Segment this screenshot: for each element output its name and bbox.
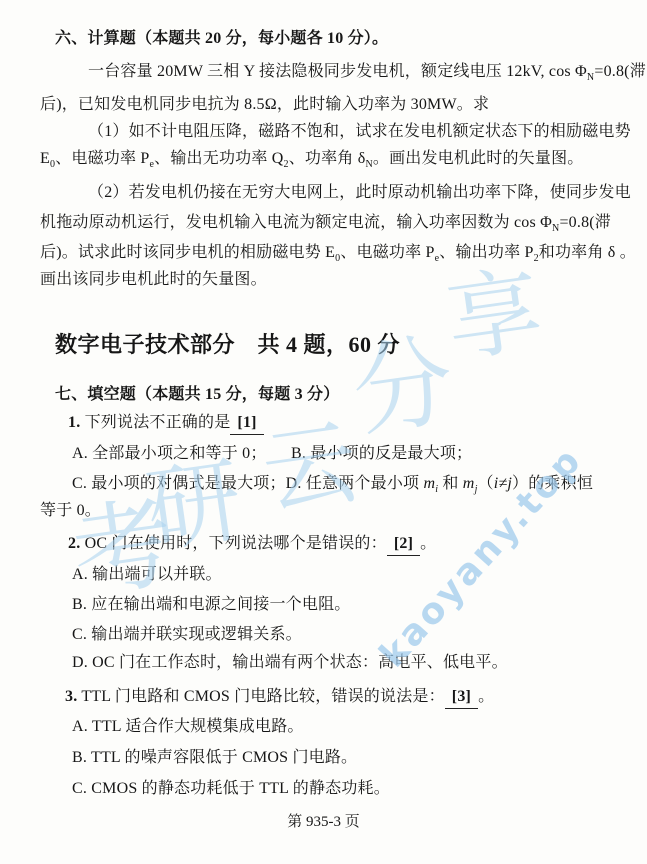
question-1-option-d-cont: 等于 0。 bbox=[40, 500, 101, 522]
question-2-option-d: D. OC 门在工作态时，输出端有两个状态：高电平、低电平。 bbox=[72, 652, 508, 674]
question-3-option-c: C. CMOS 的静态功耗低于 TTL 的静态功耗。 bbox=[72, 778, 390, 800]
calc-intro-line2: 后)，已知发电机同步电抗为 8.5Ω，此时输入功率为 30MW。求 bbox=[40, 94, 489, 116]
question-1-option-cd: C. 最小项的对偶式是最大项；D. 任意两个最小项 mi 和 mj（i≠j）的乘… bbox=[72, 473, 593, 495]
calc-section-header: 六、计算题（本题共 20 分，每小题各 10 分）。 bbox=[55, 28, 388, 50]
question-3-option-b: B. TTL 的噪声容限低于 CMOS 门电路。 bbox=[72, 747, 357, 769]
calc-part2-line4: 画出该同步电机此时的矢量图。 bbox=[40, 269, 267, 291]
digital-section-title: 数字电子技术部分 共 4 题，60 分 bbox=[55, 334, 400, 356]
calc-part2-line2: 机拖动原动机运行，发电机输入电流为额定电流，输入功率因数为 cos ΦN=0.8… bbox=[40, 212, 611, 234]
calc-intro-line1: 一台容量 20MW 三相 Y 接法隐极同步发电机，额定线电压 12kV, cos… bbox=[88, 61, 646, 83]
calc-part2-line3: 后)。试求此时该同步电机的相励磁电势 E0、电磁功率 Pe、输出功率 P2和功率… bbox=[40, 242, 636, 264]
watermark-char-fen: 分 bbox=[342, 300, 461, 457]
question-1-option-ab: A. 全部最小项之和等于 0； B. 最小项的反是最大项； bbox=[72, 443, 472, 465]
question-2-option-c: C. 输出端并联实现或逻辑关系。 bbox=[72, 624, 302, 646]
question-1: 1. 下列说法不正确的是[1] bbox=[68, 412, 264, 435]
page-number: 第 935-3 页 bbox=[0, 810, 647, 831]
calc-part2-line1: （2）若发电机仍接在无穷大电网上，此时原动机输出功率下降，使同步发电 bbox=[88, 182, 631, 204]
question-2-option-a: A. 输出端可以并联。 bbox=[72, 564, 222, 586]
calc-part1-line1: （1）如不计电阻压降，磁路不饱和，试求在发电机额定状态下的相励磁电势 bbox=[88, 121, 631, 143]
calc-part1-line2: E0、电磁功率 Pe、输出无功功率 Q2、功率角 δN。画出发电机此时的矢量图。 bbox=[40, 148, 583, 170]
fill-section-header: 七、填空题（本题共 15 分，每题 3 分） bbox=[55, 384, 339, 406]
question-3: 3. TTL 门电路和 CMOS 门电路比较，错误的说法是：[3]。 bbox=[65, 686, 494, 709]
exam-page: 六、计算题（本题共 20 分，每小题各 10 分）。 一台容量 20MW 三相 … bbox=[0, 0, 647, 864]
question-2: 2. OC 门在使用时，下列说法哪个是错误的：[2]。 bbox=[68, 533, 436, 556]
question-2-option-b: B. 应在输出端和电源之间接一个电阻。 bbox=[72, 594, 350, 616]
question-3-option-a: A. TTL 适合作大规模集成电路。 bbox=[72, 716, 304, 738]
